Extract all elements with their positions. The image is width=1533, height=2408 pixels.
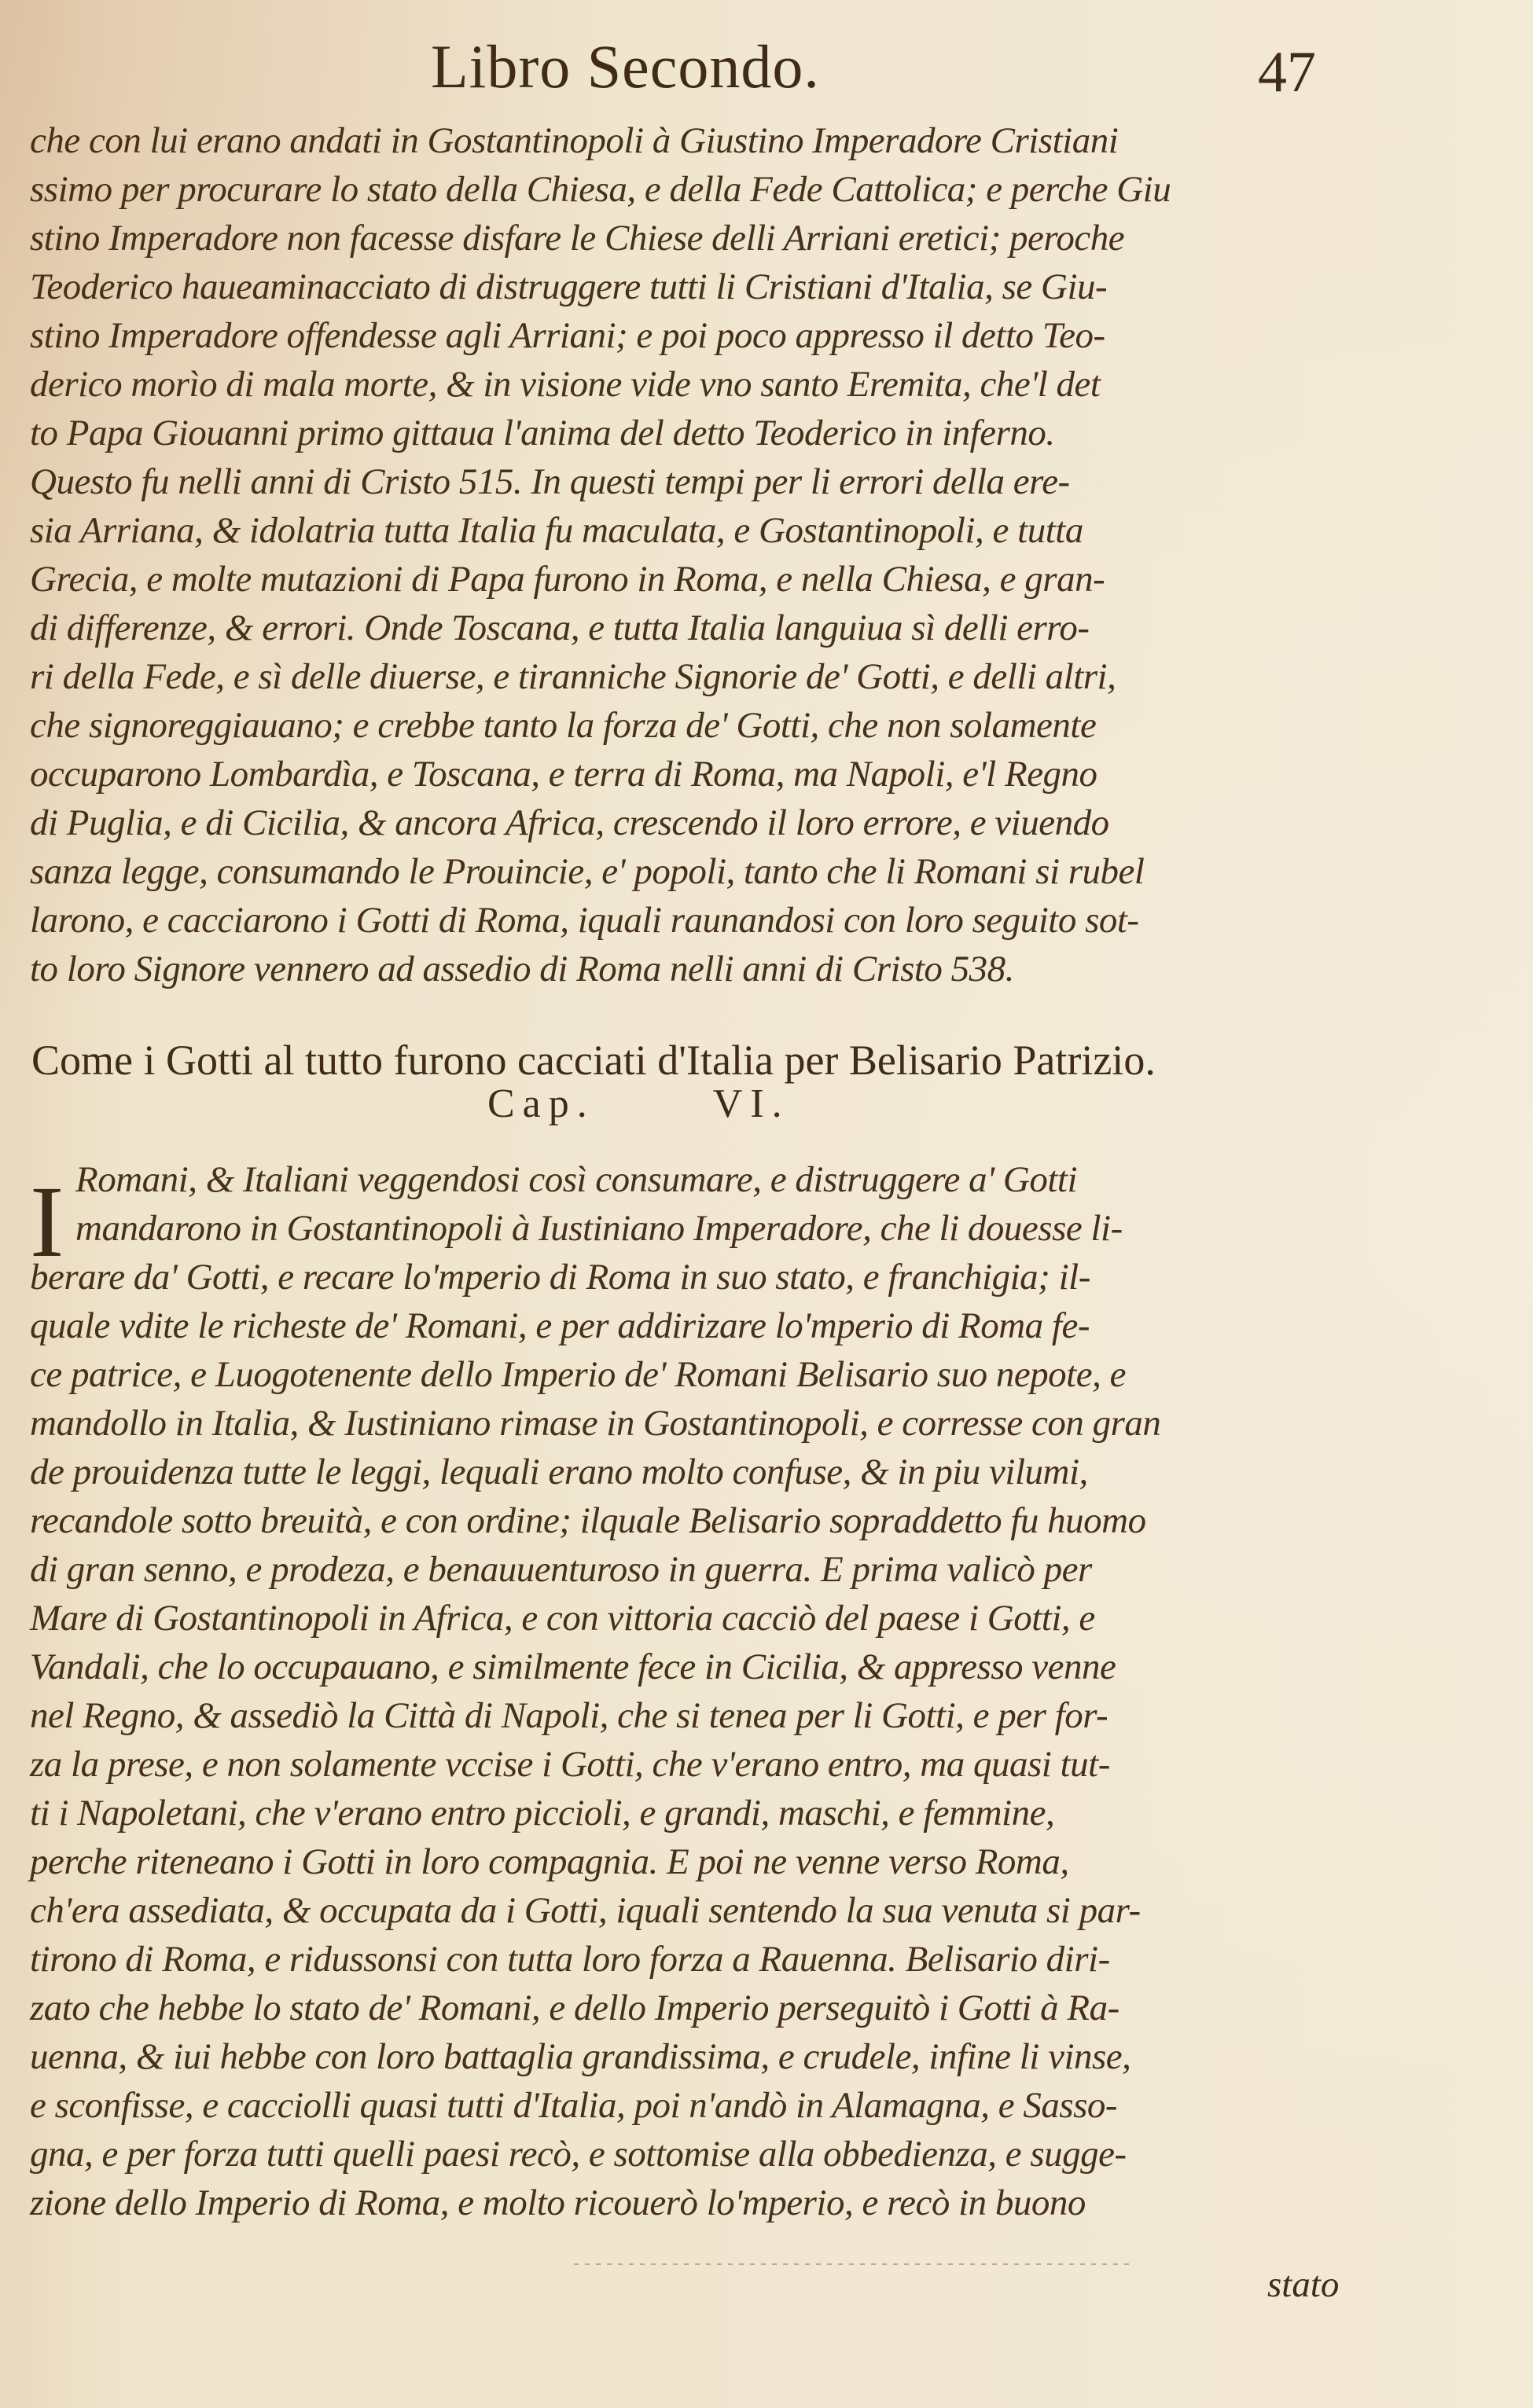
text-line: di gran senno, e prodeza, e benauuenturo…: [30, 1545, 1351, 1594]
catchword: stato: [1267, 2263, 1339, 2306]
text-line: zione dello Imperio di Roma, e molto ric…: [30, 2179, 1351, 2227]
text-line: che con lui erano andati in Gostantinopo…: [30, 116, 1351, 165]
text-line: za la prese, e non solamente vccise i Go…: [30, 1740, 1351, 1789]
text-line: zato che hebbe lo stato de' Romani, e de…: [30, 1984, 1351, 2032]
text-line: nel Regno, & assediò la Città di Napoli,…: [30, 1691, 1351, 1740]
text-line: sanza legge, consumando le Prouincie, e'…: [30, 847, 1351, 896]
text-line: stino Imperadore non facesse disfare le …: [30, 214, 1351, 262]
text-line: gna, e per forza tutti quelli paesi recò…: [30, 2130, 1351, 2179]
text-line: che signoreggiauano; e crebbe tanto la f…: [30, 701, 1351, 750]
text-line: Vandali, che lo occupauano, e similmente…: [30, 1643, 1351, 1691]
text-section-1: che con lui erano andati in Gostantinopo…: [30, 116, 1351, 993]
page-number: 47: [1258, 39, 1316, 106]
book-page: Libro Secondo. 47 che con lui erano anda…: [0, 0, 1533, 2408]
text-line: Questo fu nelli anni di Cristo 515. In q…: [30, 457, 1351, 506]
text-line: occuparono Lombardìa, e Toscana, e terra…: [30, 750, 1351, 798]
text-line: Grecia, e molte mutazioni di Papa furono…: [30, 555, 1351, 604]
text-section-2: Romani, & Italiani veggendosi così consu…: [30, 1155, 1351, 2227]
chapter-heading: Come i Gotti al tutto furono cacciati d'…: [31, 1036, 1352, 1085]
text-line: ce patrice, e Luogotenente dello Imperio…: [30, 1350, 1351, 1399]
chapter-roman-numeral: VI.: [713, 1081, 790, 1126]
text-line: ch'era assediata, & occupata da i Gotti,…: [30, 1886, 1351, 1935]
text-line: perche riteneano i Gotti in loro compagn…: [30, 1837, 1351, 1886]
text-line: ti i Napoletani, che v'erano entro picci…: [30, 1789, 1351, 1837]
text-line: mandarono in Gostantinopoli à Iustiniano…: [30, 1204, 1351, 1253]
text-line: larono, e cacciarono i Gotti di Roma, iq…: [30, 896, 1351, 945]
text-line: to Papa Giouanni primo gittaua l'anima d…: [30, 409, 1351, 457]
text-line: de prouidenza tutte le leggi, lequali er…: [30, 1448, 1351, 1496]
text-line: Romani, & Italiani veggendosi così consu…: [30, 1155, 1351, 1204]
text-line: di Puglia, e di Cicilia, & ancora Africa…: [30, 798, 1351, 847]
text-line: di differenze, & errori. Onde Toscana, e…: [30, 604, 1351, 652]
running-title: Libro Secondo.: [431, 31, 820, 102]
text-line: to loro Signore vennero ad assedio di Ro…: [30, 945, 1351, 993]
running-head: Libro Secondo. 47: [0, 31, 1533, 110]
text-line: recandole sotto breuità, e con ordine; i…: [30, 1496, 1351, 1545]
chapter-number: Cap.VI.: [487, 1081, 790, 1127]
text-line: derico morìo di mala morte, & in visione…: [30, 360, 1351, 409]
text-line: quale vdite le richeste de' Romani, e pe…: [30, 1301, 1351, 1350]
text-line: berare da' Gotti, e recare lo'mperio di …: [30, 1253, 1351, 1301]
text-line: mandollo in Italia, & Iustiniano rimase …: [30, 1399, 1351, 1448]
text-line: uenna, & iui hebbe con loro battaglia gr…: [30, 2032, 1351, 2081]
text-line: tirono di Roma, e ridussonsi con tutta l…: [30, 1935, 1351, 1984]
chapter-label: Cap.: [487, 1081, 595, 1126]
text-line: stino Imperadore offendesse agli Arriani…: [30, 311, 1351, 360]
text-line: Mare di Gostantinopoli in Africa, e con …: [30, 1594, 1351, 1643]
text-line: Teoderico haueaminacciato di distruggere…: [30, 262, 1351, 311]
text-line: sia Arriana, & idolatria tutta Italia fu…: [30, 506, 1351, 555]
text-line: ssimo per procurare lo stato della Chies…: [30, 165, 1351, 214]
text-line: ri della Fede, e sì delle diuerse, e tir…: [30, 652, 1351, 701]
show-through-mark: [574, 2263, 1132, 2265]
text-line: e sconfisse, e cacciolli quasi tutti d'I…: [30, 2081, 1351, 2130]
